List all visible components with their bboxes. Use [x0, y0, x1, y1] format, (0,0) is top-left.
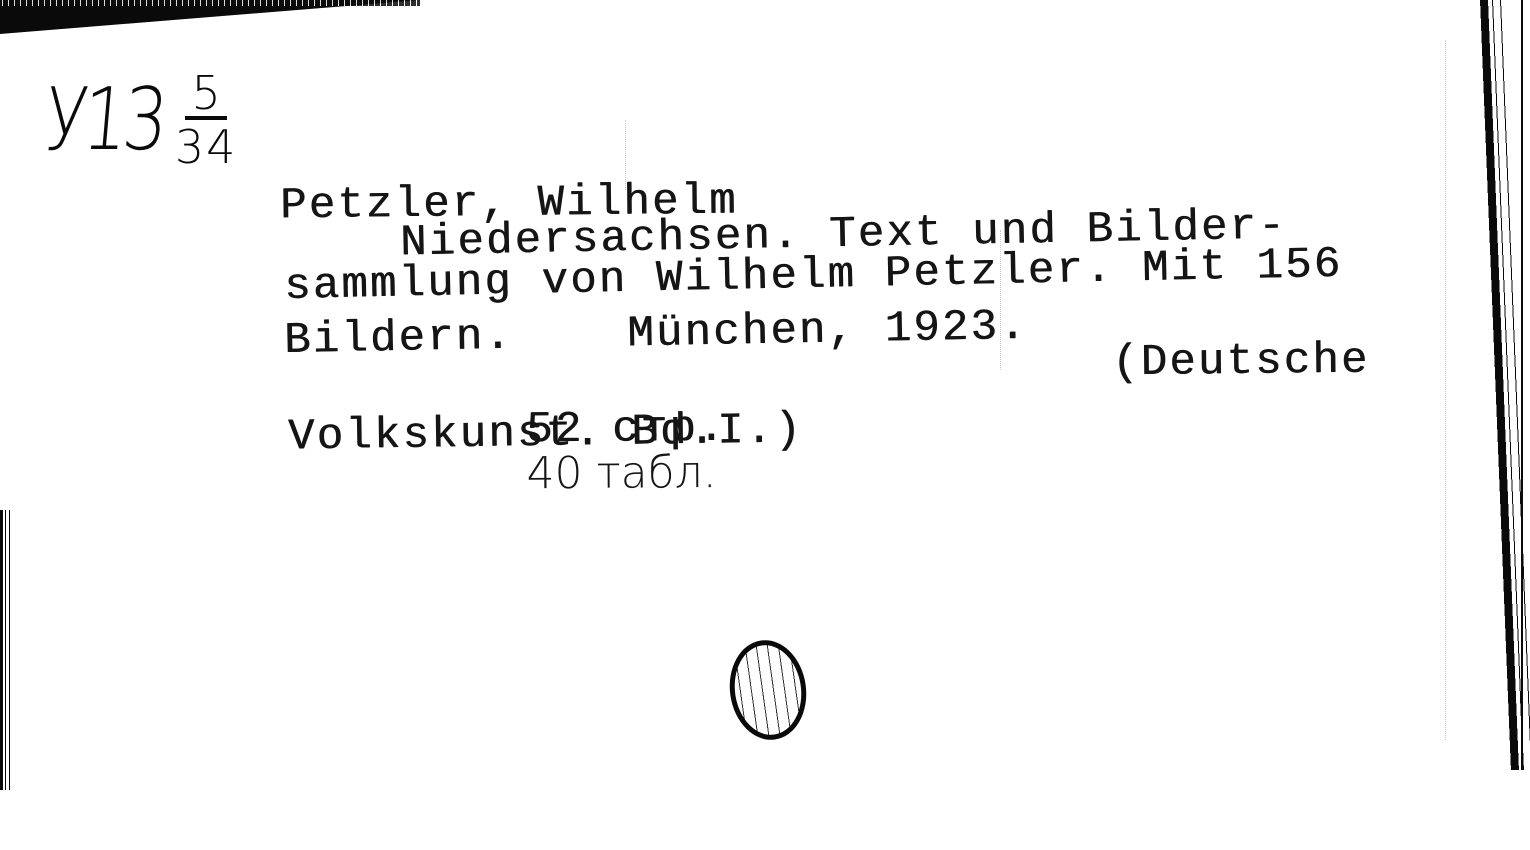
catalog-card: У13 5 34 Petzler, Wilhelm Niedersachsen.…	[0, 0, 1530, 850]
imprint-line: Bildern. München, 1923.	[284, 305, 1028, 363]
call-number-numerator: 5	[185, 70, 226, 120]
call-number-main: У13	[41, 77, 166, 163]
series-line: Volkskunst. Bd.I.)	[288, 408, 803, 459]
scan-edge-right-line	[1521, 0, 1523, 770]
punch-hole	[723, 635, 812, 745]
call-number-fraction: 5 34	[175, 70, 238, 170]
scan-edge-top-texture	[0, 0, 420, 6]
scan-edge-left	[0, 510, 16, 790]
call-number-denominator: 34	[175, 124, 238, 170]
guide-line	[1445, 40, 1446, 740]
series-start: (Deutsche	[1112, 339, 1370, 386]
call-number: У13 5 34	[45, 70, 237, 170]
